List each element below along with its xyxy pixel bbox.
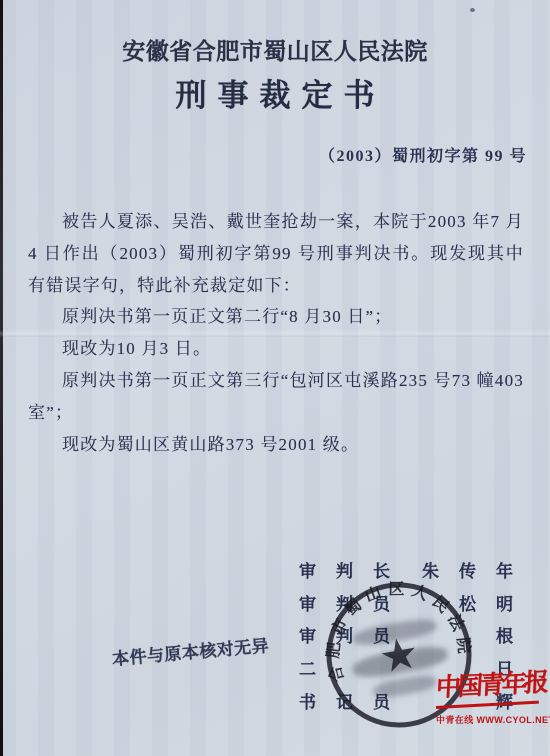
newspaper-tagline: 中青在线 WWW.CYOL.NET bbox=[436, 713, 550, 726]
document-title: 刑事裁定书 bbox=[0, 70, 550, 115]
star-icon: ★ bbox=[375, 628, 422, 683]
body-paragraph: 原判决书第一页正文第二行“8 月30 日”； bbox=[28, 301, 524, 333]
newspaper-logo-text: 中国青年报 bbox=[435, 662, 550, 704]
scanned-document-page: 安徽省合肥市蜀山区人民法院 刑事裁定书 （2003）蜀刑初字第 99 号 被告人… bbox=[0, 0, 550, 756]
case-number: （2003）蜀刑初字第 99 号 bbox=[319, 143, 527, 166]
scan-speck bbox=[470, 8, 475, 12]
body-paragraph: 现改为蜀山区黄山路373 号2001 级。 bbox=[28, 429, 524, 461]
court-name-heading: 安徽省合肥市蜀山区人民法院 bbox=[0, 33, 550, 66]
body-paragraph: 现改为10 月3 日。 bbox=[28, 333, 524, 365]
verification-stamp: 本件与原本核对无异 bbox=[111, 631, 270, 670]
signature-name: 松明 bbox=[459, 590, 533, 615]
body-paragraph: 被告人夏添、吴浩、戴世奎抢劫一案，本院于2003 年7 月4 日作出（2003）… bbox=[28, 206, 524, 301]
ruling-body: 被告人夏添、吴浩、戴世奎抢劫一案，本院于2003 年7 月4 日作出（2003）… bbox=[28, 206, 524, 460]
body-paragraph: 原判决书第一页正文第三行“包河区屯溪路235 号73 幢403 室”； bbox=[28, 365, 524, 429]
newspaper-watermark: 中国青年报 中青在线 WWW.CYOL.NET bbox=[436, 668, 550, 726]
signature-name: 根 bbox=[496, 622, 533, 647]
